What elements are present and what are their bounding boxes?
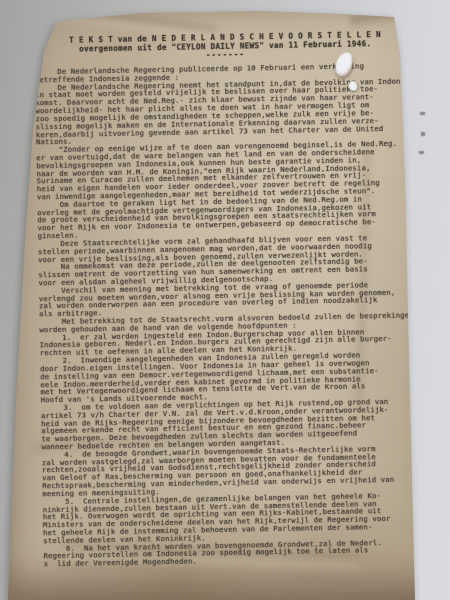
aged-paper-sheet: T E K S T van de N E D E R L A N D S C H…	[0, 0, 450, 600]
paper-shadow-wrap: T E K S T van de N E D E R L A N D S C H…	[0, 0, 450, 600]
background-mark	[420, 112, 425, 115]
document-body: De Nederlandsche Regeering publiceerde o…	[35, 61, 426, 568]
photo-background: T E K S T van de N E D E R L A N D S C H…	[0, 0, 450, 600]
typewritten-text-block: T E K S T van de N E D E R L A N D S C H…	[34, 29, 426, 568]
background-mark	[419, 151, 424, 154]
background-mark	[421, 132, 425, 136]
paper-corner-crease	[349, 8, 403, 31]
